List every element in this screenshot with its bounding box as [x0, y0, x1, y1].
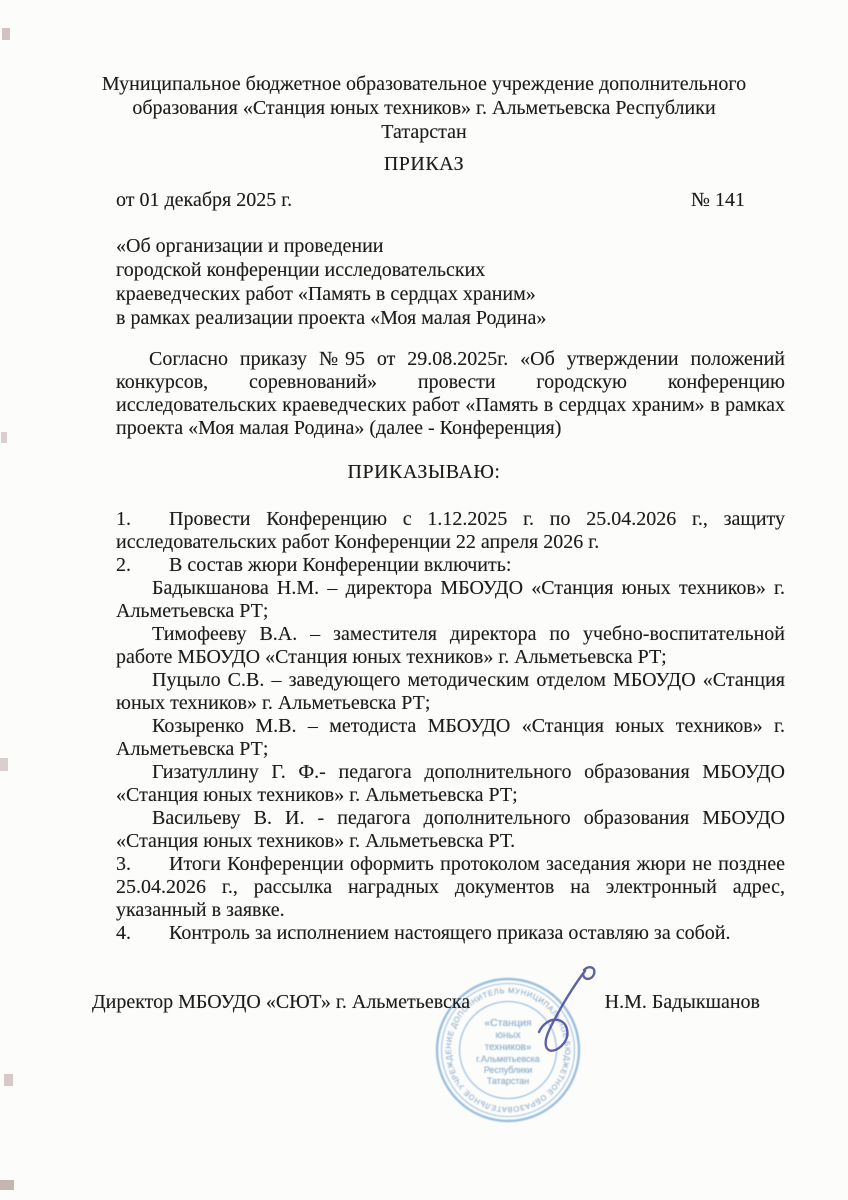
date-line: от 01 декабря 2025 г. [116, 189, 292, 212]
scan-edge-mark [1, 432, 7, 443]
item-2-text: В состав жюри Конференции включить: [169, 554, 511, 576]
org-name-line-2: образования «Станция юных техников» г. А… [79, 96, 769, 120]
scan-edge-mark [2, 28, 10, 40]
jury-member-3-line-1: Пуцыло С.В. – заведующего методическим о… [116, 669, 785, 692]
order-heading: ПРИКАЗЫВАЮ: [0, 461, 848, 484]
scan-edge-mark [4, 1074, 13, 1086]
order-subject: «Об организации и проведении городской к… [116, 234, 785, 330]
date-number-row: от 01 декабря 2025 г. № 141 [116, 189, 785, 212]
item-3-text: Итоги Конференции оформить протоколом за… [169, 853, 785, 875]
item-4-text: Контроль за исполнением настоящего прика… [169, 922, 730, 944]
jury-member-6-line-1: Васильеву В. И. - педагога дополнительно… [116, 807, 785, 830]
item-3-number: 3. [116, 853, 169, 876]
signature-name: Н.М. Бадыкшанов [605, 991, 760, 1014]
jury-member-2-line-1: Тимофееву В.А. – заместителя директора п… [116, 623, 785, 646]
jury-member-1-line-1: Бадыкшанова Н.М. – директора МБОУДО «Ста… [116, 577, 785, 600]
scan-edge-mark [0, 758, 8, 771]
preamble-line-1: Согласно приказу №95 от 29.08.2025г. «Об… [116, 348, 785, 371]
item-1-text: Провести Конференцию с 1.12.2025 г. по 2… [169, 508, 785, 530]
item-1-number: 1. [116, 508, 169, 531]
order-item-1-line-1: 1.Провести Конференцию с 1.12.2025 г. по… [116, 508, 785, 531]
signature-row: Директор МБОУДО «СЮТ» г. Альметьевска Н.… [92, 991, 760, 1014]
document-page: Муниципальное бюджетное образовательное … [0, 0, 848, 1200]
stamp-center-line-6: Татарстан [487, 1076, 529, 1086]
order-item-3-line-1: 3.Итоги Конференции оформить протоколом … [116, 853, 785, 876]
org-name-line-3: Татарстан [79, 120, 769, 144]
org-name-line-1: Муниципальное бюджетное образовательное … [79, 72, 769, 96]
jury-member-5-line-1: Гизатуллину Г. Ф.- педагога дополнительн… [116, 761, 785, 784]
jury-member-2-line-2: работе МБОУДО «Станция юных техников» г.… [116, 646, 785, 669]
director-signature-icon [505, 958, 625, 1073]
jury-member-1-line-2: Альметьевска РТ; [116, 600, 785, 623]
item-2-number: 2. [116, 554, 169, 577]
preamble-line-3: исследовательских краеведческих работ «П… [116, 394, 785, 417]
item-4-number: 4. [116, 922, 169, 945]
order-item-3-line-2: 25.04.2026 г., рассылка наградных докуме… [116, 876, 785, 899]
jury-member-4-line-1: Козыренко М.В. – методиста МБОУДО «Станц… [116, 715, 785, 738]
scan-edge-mark [0, 1180, 14, 1190]
org-name: Муниципальное бюджетное образовательное … [79, 72, 769, 144]
order-item-1-line-2: исследовательских работ Конференции 22 а… [116, 531, 785, 554]
order-item-3-line-3: указанный в заявке. [116, 899, 785, 922]
preamble-paragraph: Согласно приказу №95 от 29.08.2025г. «Об… [116, 348, 785, 440]
order-items: 1.Провести Конференцию с 1.12.2025 г. по… [116, 508, 785, 945]
preamble-line-2: конкурсов, соревнований» провести городс… [116, 371, 785, 394]
jury-member-5-line-2: «Станция юных техников» г. Альметьевска … [116, 784, 785, 807]
doc-type-title: ПРИКАЗ [0, 153, 848, 176]
jury-member-3-line-2: юных техников» г. Альметьевска РТ; [116, 692, 785, 715]
jury-member-6-line-2: «Станция юных техников» г. Альметьевска … [116, 830, 785, 853]
order-item-2-line-1: 2.В состав жюри Конференции включить: [116, 554, 785, 577]
order-document: Муниципальное бюджетное образовательное … [0, 0, 848, 1014]
signature-position: Директор МБОУДО «СЮТ» г. Альметьевска [92, 991, 470, 1014]
preamble-line-4: проекта «Моя малая Родина» (далее - Конф… [116, 417, 785, 440]
order-item-4-line-1: 4.Контроль за исполнением настоящего при… [116, 922, 785, 945]
order-number: № 141 [691, 189, 745, 212]
jury-member-4-line-2: Альметьевска РТ; [116, 738, 785, 761]
